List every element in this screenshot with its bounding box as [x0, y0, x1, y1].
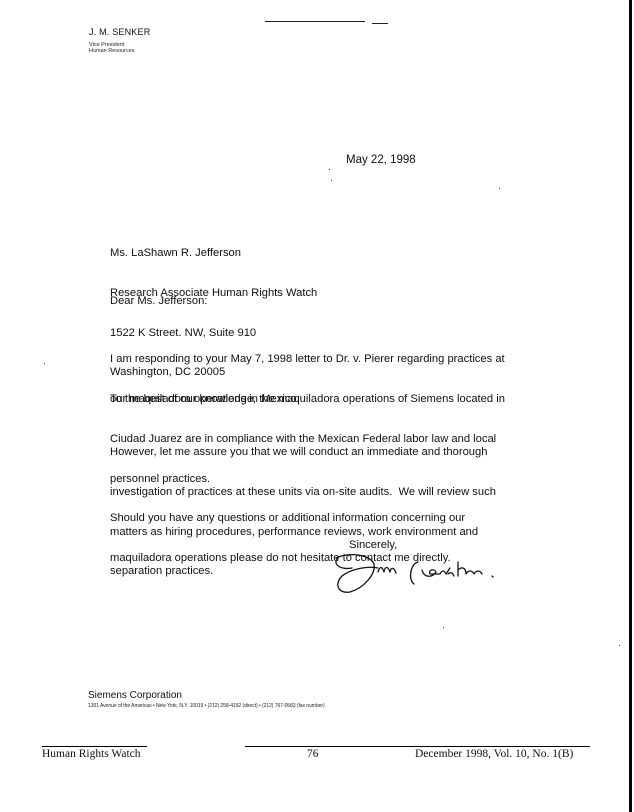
- recipient-name: Ms. LaShawn R. Jefferson: [110, 247, 317, 260]
- footer-issue: December 1998, Vol. 10, No. 1(B): [415, 748, 573, 760]
- scan-speck: [499, 188, 500, 189]
- footer-rule: [245, 746, 428, 747]
- scan-speck: [331, 180, 332, 181]
- company-name: Siemens Corporation: [88, 690, 182, 701]
- sender-department-line: Human Resources: [89, 48, 135, 54]
- company-address: 1301 Avenue of the Americas • New York, …: [88, 703, 325, 709]
- scan-mark-line: [265, 21, 365, 22]
- salutation: Dear Ms. Jefferson:: [110, 295, 207, 308]
- footer-rule: [42, 746, 147, 747]
- scan-speck: [619, 645, 620, 646]
- handwritten-signature: [330, 548, 500, 598]
- paragraph-line: To the best of our knowledge, the maquil…: [110, 393, 505, 406]
- paragraph-line: I am responding to your May 7, 1998 lett…: [110, 353, 505, 366]
- scan-mark-line: [372, 23, 388, 24]
- paragraph-line: Should you have any questions or additio…: [110, 512, 465, 525]
- scan-speck: [329, 169, 330, 170]
- paragraph-line: However, let me assure you that we will …: [110, 446, 496, 459]
- scan-edge-bar: [629, 0, 632, 812]
- letter-date: May 22, 1998: [346, 154, 416, 166]
- footer-page-number: 76: [307, 748, 319, 760]
- footer-publisher: Human Rights Watch: [42, 748, 141, 760]
- sender-title: Vice President Human Resources: [89, 42, 135, 54]
- scan-speck: [44, 363, 45, 364]
- scan-speck: [443, 627, 444, 628]
- footer-rule: [428, 746, 590, 747]
- sender-name: J. M. SENKER: [89, 27, 150, 37]
